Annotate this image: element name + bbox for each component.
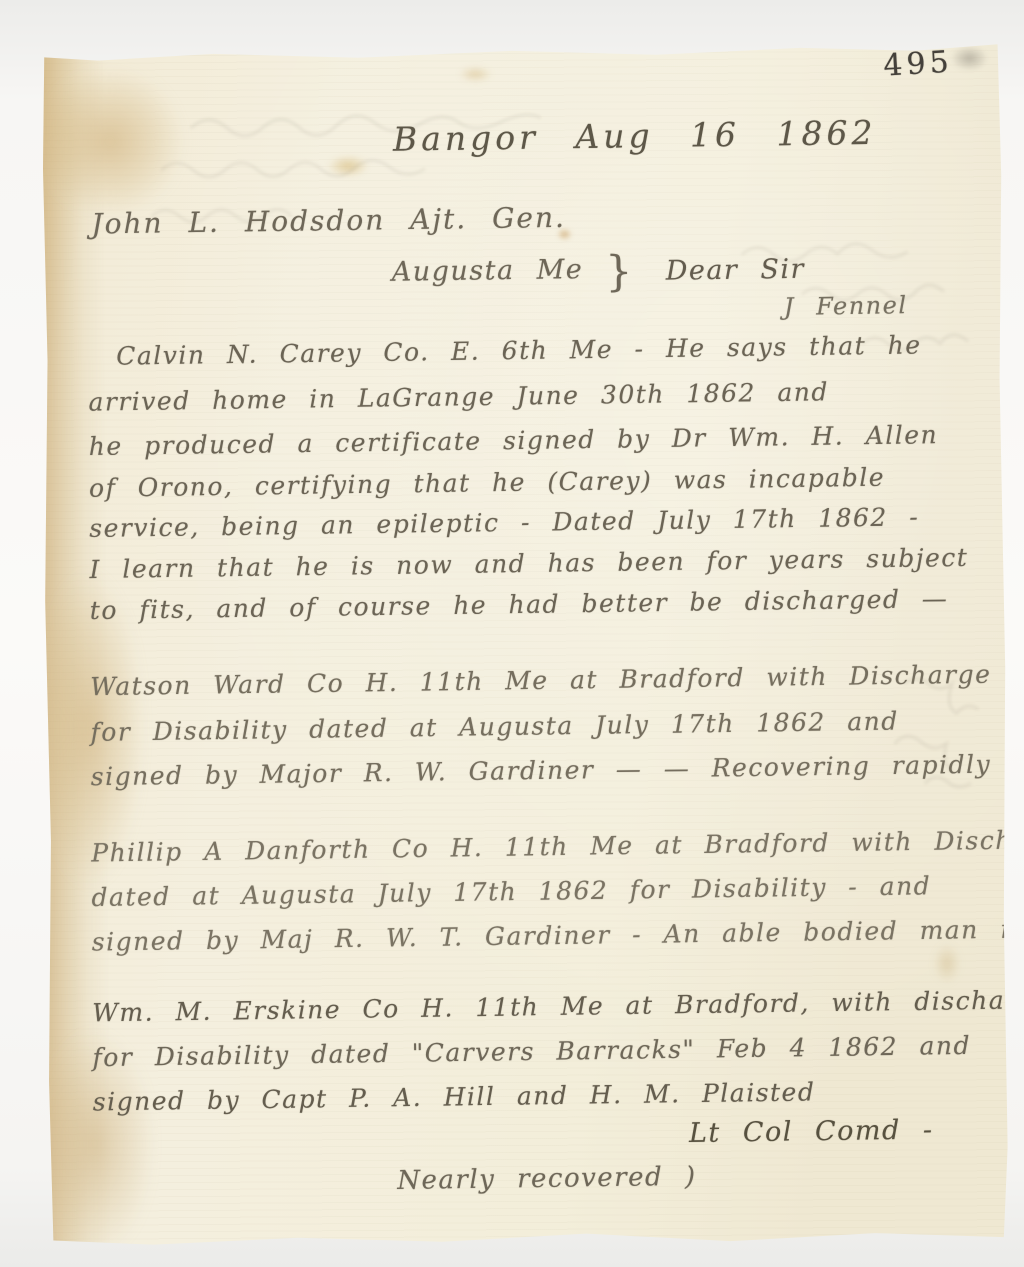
postscript-line: Nearly recovered ) bbox=[397, 1164, 697, 1194]
address-line: Augusta Me } bbox=[391, 250, 633, 295]
address-text: Augusta Me bbox=[391, 254, 583, 288]
document-scan: 495 Bangor Aug 16 1862 John L. Hodsdon A… bbox=[0, 0, 1024, 1267]
letter-paper: 495 Bangor Aug 16 1862 John L. Hodsdon A… bbox=[40, 43, 1009, 1249]
page-number: 495 bbox=[882, 48, 953, 82]
margin-annotation: J Fennel bbox=[784, 293, 908, 319]
dateline: Bangor Aug 16 1862 bbox=[393, 116, 877, 156]
ink-smudge bbox=[950, 45, 988, 71]
salutation: Dear Sir bbox=[666, 256, 806, 285]
brace-mark: } bbox=[605, 246, 634, 295]
signature-line: Lt Col Comd - bbox=[689, 1117, 934, 1147]
recipient-line: John L. Hodsdon Ajt. Gen. bbox=[91, 204, 566, 239]
